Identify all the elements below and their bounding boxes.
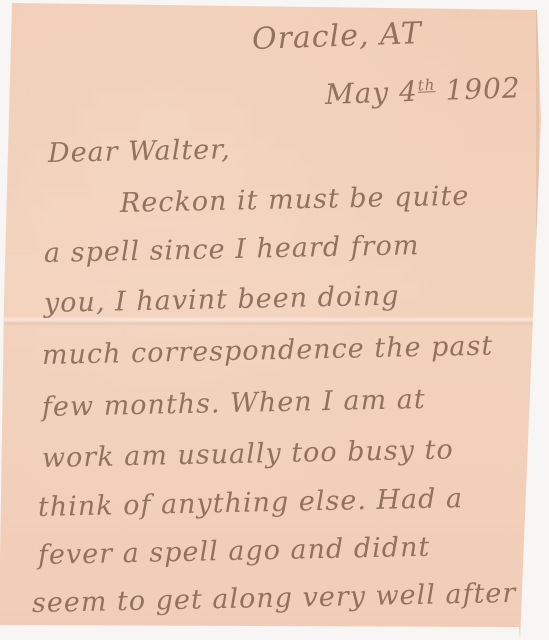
body-line: much correspondence the past — [42, 331, 494, 371]
letter-date: May 4th 1902 — [324, 71, 521, 111]
body-line: seem to get along very well after — [32, 578, 517, 619]
date-month-day: May 4 — [324, 75, 418, 111]
letter-salutation: Dear Walter, — [48, 134, 231, 169]
date-ordinal: th — [417, 76, 435, 95]
letter-place: Oracle, AT — [251, 16, 422, 57]
body-line: a spell since I heard from — [44, 230, 420, 269]
body-line: Reckon it must be quite — [120, 181, 470, 219]
paper-edge — [536, 10, 539, 626]
letter-page: Oracle, AT May 4th 1902 Dear Walter, Rec… — [0, 0, 549, 640]
body-line: you, I havint been doing — [44, 281, 400, 319]
body-line: work am usually too busy to — [42, 434, 454, 474]
body-line: think of anything else. Had a — [38, 483, 464, 523]
body-line: fever a spell ago and didnt — [38, 532, 431, 571]
body-line: few months. When I am at — [42, 384, 426, 423]
date-year: 1902 — [445, 71, 521, 107]
